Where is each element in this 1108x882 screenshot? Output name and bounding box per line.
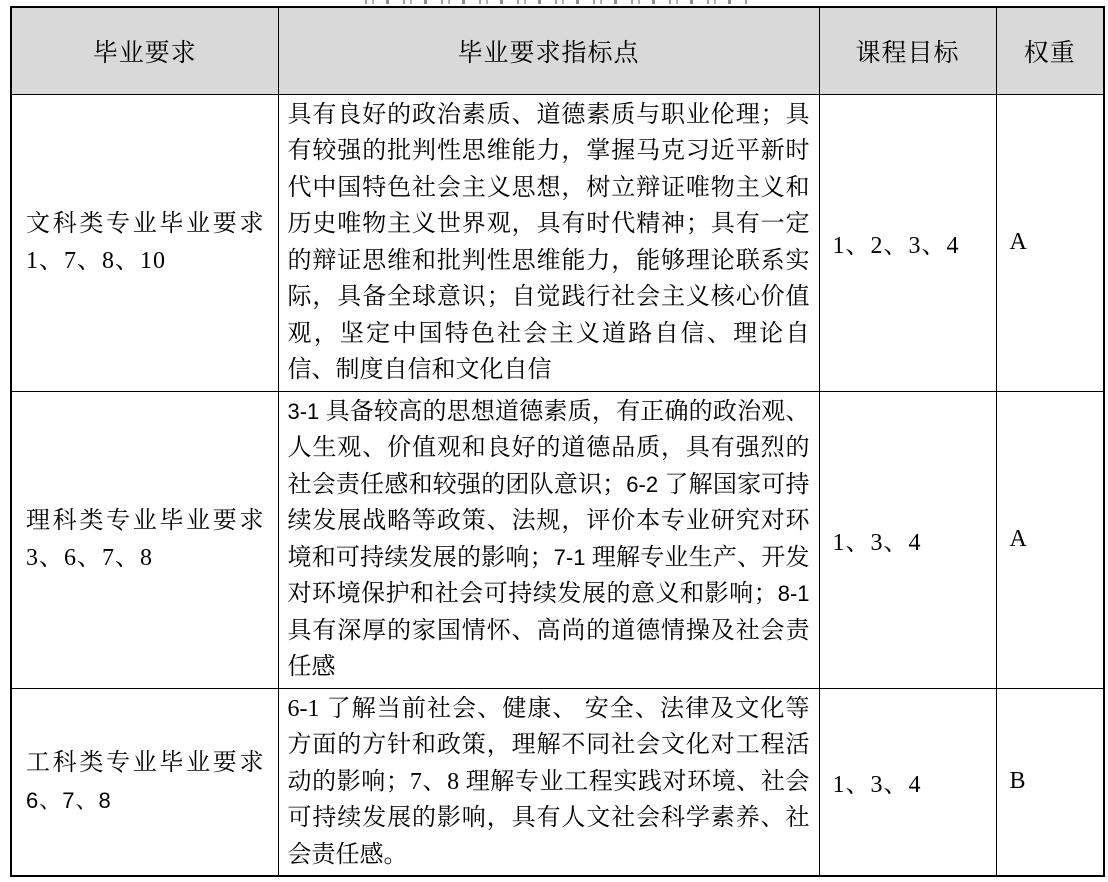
header-indicator: 毕业要求指标点 (278, 7, 819, 94)
weight-cell: A (996, 94, 1104, 391)
requirement-numbers: 3、6、7、8 (26, 540, 264, 577)
header-weight: 权重 (996, 7, 1104, 94)
course-goal-cell: 1、3、4 (819, 391, 996, 688)
requirement-name: 文科类专业毕业要求 (26, 206, 264, 243)
indicator-cell: 3-1 具备较高的思想道德素质，有正确的政治观、人生观、价值观和良好的道德品质，… (278, 391, 819, 688)
requirement-cell: 工科类专业毕业要求 6、7、8 (11, 688, 278, 876)
clipped-title-fragment (365, 0, 747, 4)
requirement-cell: 理科类专业毕业要求 3、6、7、8 (11, 391, 278, 688)
table-row: 文科类专业毕业要求 1、7、8、10 具有良好的政治素质、道德素质与职业伦理；具… (11, 94, 1104, 391)
requirement-numbers: 1、7、8、10 (26, 243, 264, 280)
requirement-numbers: 6、7、8 (26, 782, 264, 819)
requirement-name: 理科类专业毕业要求 (26, 503, 264, 540)
requirement-name: 工科类专业毕业要求 (26, 745, 264, 782)
header-row: 毕业要求 毕业要求指标点 课程目标 权重 (11, 7, 1104, 94)
weight-cell: A (996, 391, 1104, 688)
weight-cell: B (996, 688, 1104, 876)
table-row: 工科类专业毕业要求 6、7、8 6-1 了解当前社会、健康、 安全、法律及文化等… (11, 688, 1104, 876)
document-page: 毕业要求 毕业要求指标点 课程目标 权重 文科类专业毕业要求 1、7、8、10 … (0, 0, 1108, 882)
course-goal-cell: 1、3、4 (819, 688, 996, 876)
requirement-cell: 文科类专业毕业要求 1、7、8、10 (11, 94, 278, 391)
header-requirement: 毕业要求 (11, 7, 278, 94)
course-goal-cell: 1、2、3、4 (819, 94, 996, 391)
header-course-goal: 课程目标 (819, 7, 996, 94)
graduation-requirements-mapping-table: 毕业要求 毕业要求指标点 课程目标 权重 文科类专业毕业要求 1、7、8、10 … (10, 6, 1105, 877)
indicator-cell: 6-1 了解当前社会、健康、 安全、法律及文化等方面的方针和政策，理解不同社会文… (278, 688, 819, 876)
table-row: 理科类专业毕业要求 3、6、7、8 3-1 具备较高的思想道德素质，有正确的政治… (11, 391, 1104, 688)
indicator-cell: 具有良好的政治素质、道德素质与职业伦理；具有较强的批判性思维能力，掌握马克习近平… (278, 94, 819, 391)
